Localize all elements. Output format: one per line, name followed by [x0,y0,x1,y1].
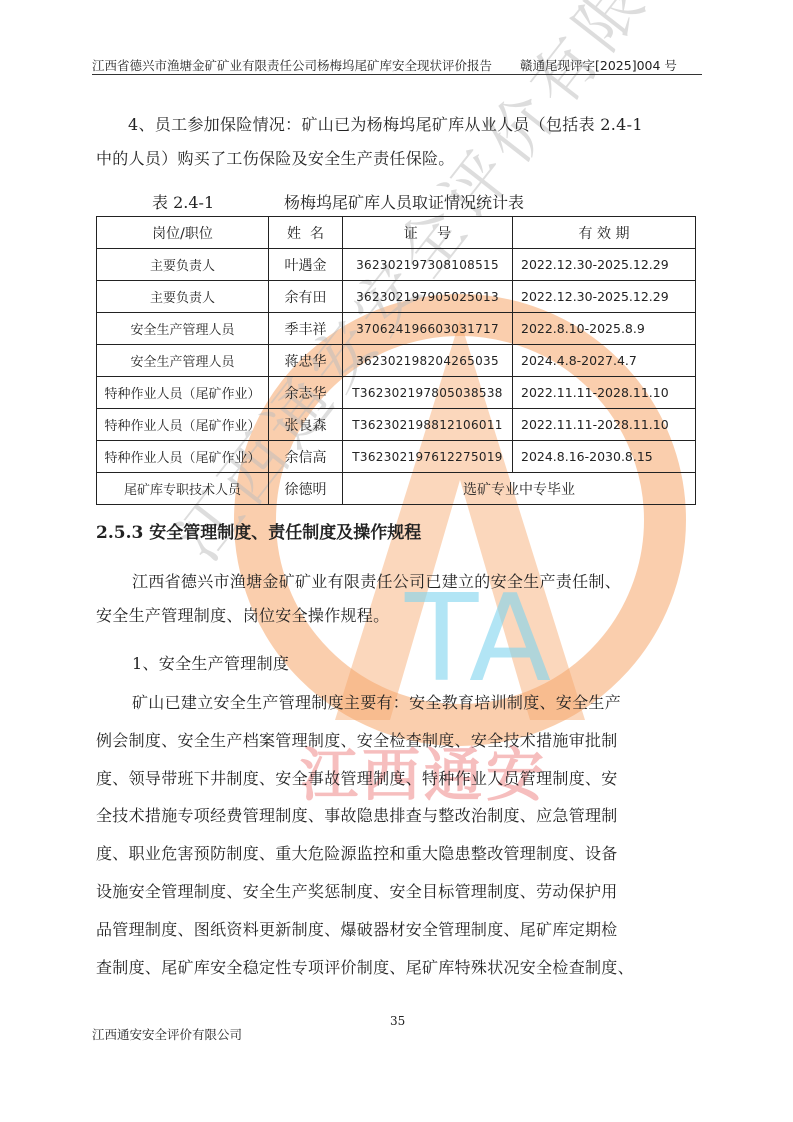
paragraph-systems: 矿山已建立安全生产管理制度主要有：安全教育培训制度、安全生产 例会制度、安全生产… [96,684,700,986]
cell-cert: T362302197805038538 [343,377,513,409]
paragraph-established: 江西省德兴市渔塘金矿矿业有限责任公司已建立的安全生产责任制、 安全生产管理制度、… [96,565,700,633]
cell-name: 张良森 [269,409,343,441]
text-line: 度、职业危害预防制度、重大危险源监控和重大隐患整改管理制度、设备 [96,835,700,873]
text-line: 例会制度、安全生产档案管理制度、安全检查制度、安全技术措施审批制 [96,722,700,760]
cell-validity: 2022.11.11-2028.11.10 [513,409,696,441]
table-row: 安全生产管理人员 季丰祥 370624196603031717 2022.8.1… [97,313,696,345]
table-row: 主要负责人 叶遇金 362302197308108515 2022.12.30-… [97,249,696,281]
page-header: 江西省德兴市渔塘金矿矿业有限责任公司杨梅坞尾矿库安全现状评价报告 赣通尾现评字[… [92,56,702,75]
report-title: 江西省德兴市渔塘金矿矿业有限责任公司杨梅坞尾矿库安全现状评价报告 [92,56,492,74]
footer-company: 江西通安安全评价有限公司 [92,1025,242,1043]
cell-position: 安全生产管理人员 [97,345,269,377]
cell-cert: T362302197612275019 [343,441,513,473]
cell-cert: 362302197308108515 [343,249,513,281]
cell-name: 季丰祥 [269,313,343,345]
cell-position: 主要负责人 [97,249,269,281]
cell-position: 尾矿库专职技术人员 [97,473,269,505]
cell-position: 主要负责人 [97,281,269,313]
cell-position: 特种作业人员（尾矿作业） [97,409,269,441]
table-row: 特种作业人员（尾矿作业） 余志华 T362302197805038538 202… [97,377,696,409]
cell-name: 徐德明 [269,473,343,505]
text-line: 安全生产管理制度、岗位安全操作规程。 [96,599,700,633]
cell-name: 余信高 [269,441,343,473]
cell-name: 余有田 [269,281,343,313]
cell-name: 余志华 [269,377,343,409]
cell-validity: 2024.4.8-2027.4.7 [513,345,696,377]
cell-cert: 370624196603031717 [343,313,513,345]
text-line: 矿山已建立安全生产管理制度主要有：安全教育培训制度、安全生产 [96,684,700,722]
cell-validity: 2022.12.30-2025.12.29 [513,281,696,313]
text-line: 度、领导带班下井制度、安全事故管理制度、特种作业人员管理制度、安 [96,760,700,798]
cell-validity: 2024.8.16-2030.8.15 [513,441,696,473]
report-number: 赣通尾现评字[2025]004 号 [520,56,677,74]
cell-validity: 2022.11.11-2028.11.10 [513,377,696,409]
table-row: 主要负责人 余有田 362302197905025013 2022.12.30-… [97,281,696,313]
column-header-name: 姓 名 [269,217,343,249]
column-header-position: 岗位/职位 [97,217,269,249]
text-line: 全技术措施专项经费管理制度、事故隐患排查与整改治制度、应急管理制 [96,797,700,835]
column-header-cert: 证 号 [343,217,513,249]
text-line: 设施安全管理制度、安全生产奖惩制度、安全目标管理制度、劳动保护用 [96,873,700,911]
cell-validity: 2022.12.30-2025.12.29 [513,249,696,281]
text-line: 江西省德兴市渔塘金矿矿业有限责任公司已建立的安全生产责任制、 [96,565,700,599]
cell-position: 安全生产管理人员 [97,313,269,345]
section-heading: 2.5.3 安全管理制度、责任制度及操作规程 [96,518,421,543]
paragraph-insurance: 4、员工参加保险情况：矿山已为杨梅坞尾矿库从业人员（包括表 2.4-1 中的人员… [96,108,700,176]
cell-position: 特种作业人员（尾矿作业） [97,441,269,473]
table-title: 杨梅坞尾矿库人员取证情况统计表 [284,190,524,213]
table-row: 特种作业人员（尾矿作业） 张良森 T362302198812106011 202… [97,409,696,441]
column-header-validity: 有 效 期 [513,217,696,249]
document-page: TA 江西通安安全评价有限公司 江西通安 江西省德兴市渔塘金矿矿业有限责任公司杨… [0,0,793,1122]
text-line: 中的人员）购买了工伤保险及安全生产责任保险。 [96,142,700,176]
subheading-text: 1、安全生产管理制度 [96,647,700,681]
table-number: 表 2.4-1 [152,190,214,213]
cell-qualification-note: 选矿专业中专毕业 [343,473,696,505]
cell-name: 蒋忠华 [269,345,343,377]
table-row: 特种作业人员（尾矿作业） 余信高 T362302197612275019 202… [97,441,696,473]
text-line: 查制度、尾矿库安全稳定性专项评价制度、尾矿库特殊状况安全检查制度、 [96,949,700,987]
table-row-technician: 尾矿库专职技术人员 徐德明 选矿专业中专毕业 [97,473,696,505]
cell-name: 叶遇金 [269,249,343,281]
cell-position: 特种作业人员（尾矿作业） [97,377,269,409]
personnel-certificate-table: 岗位/职位 姓 名 证 号 有 效 期 主要负责人 叶遇金 3623021973… [96,216,696,505]
cell-validity: 2022.8.10-2025.8.9 [513,313,696,345]
cell-cert: 362302197905025013 [343,281,513,313]
subheading: 1、安全生产管理制度 [96,647,700,681]
table-header-row: 岗位/职位 姓 名 证 号 有 效 期 [97,217,696,249]
table-row: 安全生产管理人员 蒋忠华 362302198204265035 2024.4.8… [97,345,696,377]
cell-cert: T362302198812106011 [343,409,513,441]
page-number: 35 [390,1014,405,1028]
cell-cert: 362302198204265035 [343,345,513,377]
table-caption: 表 2.4-1 杨梅坞尾矿库人员取证情况统计表 [96,190,700,214]
text-line: 品管理制度、图纸资料更新制度、爆破器材安全管理制度、尾矿库定期检 [96,911,700,949]
text-line: 4、员工参加保险情况：矿山已为杨梅坞尾矿库从业人员（包括表 2.4-1 [96,108,700,142]
